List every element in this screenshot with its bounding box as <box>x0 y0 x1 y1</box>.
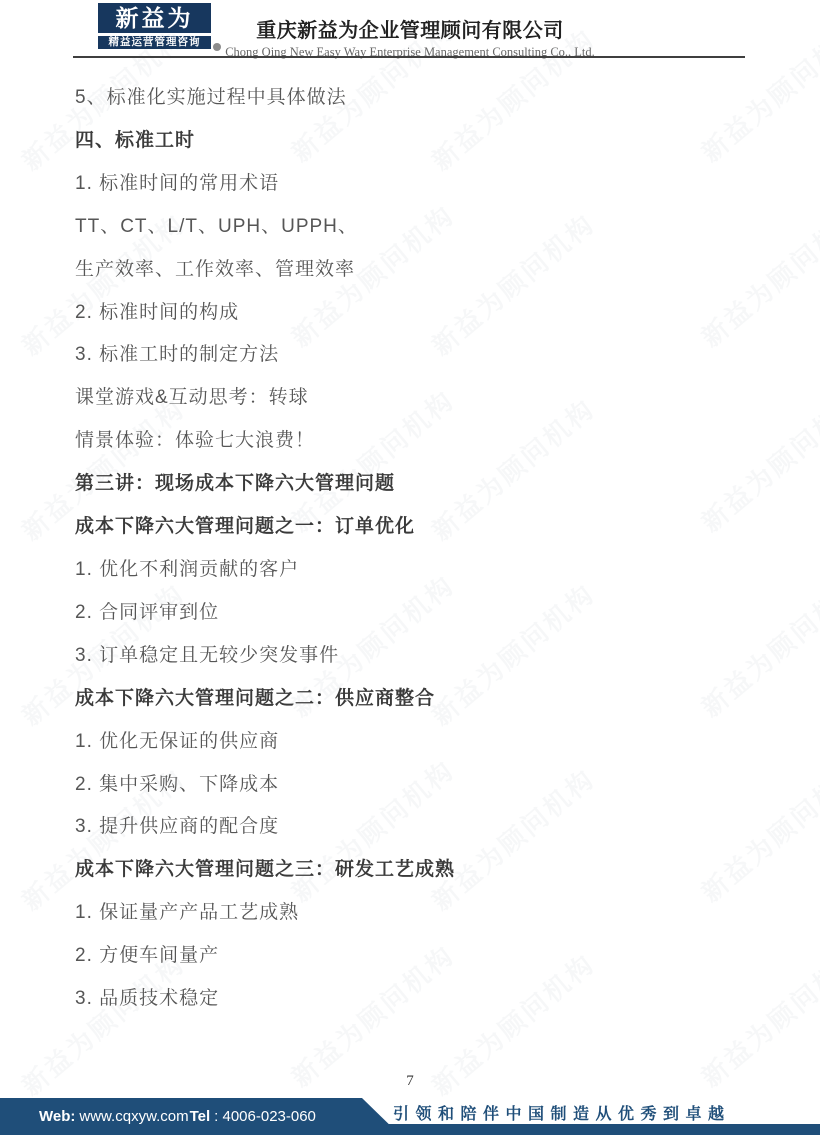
outline-line: 第三讲：现场成本下降六大管理问题 <box>75 463 780 506</box>
logo-sub-text: 精益运营管理咨询 <box>98 36 211 49</box>
outline-line: 成本下降六大管理问题之二：供应商整合 <box>75 678 780 721</box>
outline-line: 1. 优化不利润贡献的客户 <box>75 549 780 592</box>
header-divider <box>73 56 745 58</box>
document-body: 5、标准化实施过程中具体做法 四、标准工时 1. 标准时间的常用术语 TT、CT… <box>75 77 780 1021</box>
outline-line: 1. 保证量产产品工艺成熟 <box>75 892 780 935</box>
outline-line: TT、CT、L/T、UPH、UPPH、 <box>75 206 780 249</box>
outline-line: 3. 品质技术稳定 <box>75 978 780 1021</box>
tel-label: Tel <box>190 1108 211 1125</box>
outline-line: 生产效率、工作效率、管理效率 <box>75 249 780 292</box>
logo-main-text: 新益为 <box>98 3 211 34</box>
footer-accent-bar <box>370 1124 820 1135</box>
footer-contact-band: Web:www.cqxyw.comTel: 4006-023-060 <box>0 1098 400 1135</box>
outline-line: 1. 标准时间的常用术语 <box>75 163 780 206</box>
outline-line: 成本下降六大管理问题之三：研发工艺成熟 <box>75 849 780 892</box>
web-label: Web: <box>39 1108 75 1125</box>
outline-line: 2. 合同评审到位 <box>75 592 780 635</box>
page-number: 7 <box>0 1073 820 1090</box>
outline-line: 四、标准工时 <box>75 120 780 163</box>
web-url: www.cqxyw.com <box>79 1108 188 1125</box>
outline-line: 课堂游戏&互动思考：转球 <box>75 377 780 420</box>
outline-line: 3. 提升供应商的配合度 <box>75 806 780 849</box>
outline-line: 3. 订单稳定且无较少突发事件 <box>75 635 780 678</box>
outline-line: 1. 优化无保证的供应商 <box>75 721 780 764</box>
company-logo: 新益为 精益运营管理咨询 <box>98 3 211 49</box>
company-name-cn: 重庆新益为企业管理顾问有限公司 <box>210 14 610 43</box>
company-title-block: 重庆新益为企业管理顾问有限公司 Chong Qing New Easy Way … <box>210 14 610 60</box>
outline-line: 情景体验：体验七大浪费！ <box>75 420 780 463</box>
document-page: 新益为顾问机构 新益为顾问机构 新益为顾问机构 新益为顾问机构 新益为顾问机构 … <box>0 0 820 1135</box>
outline-line: 5、标准化实施过程中具体做法 <box>75 77 780 120</box>
outline-line: 2. 标准时间的构成 <box>75 292 780 335</box>
footer-slogan: 引领和陪伴中国制造从优秀到卓越 <box>393 1101 731 1124</box>
outline-line: 3. 标准工时的制定方法 <box>75 334 780 377</box>
outline-line: 2. 集中采购、下降成本 <box>75 764 780 807</box>
outline-line: 成本下降六大管理问题之一：订单优化 <box>75 506 780 549</box>
outline-line: 2. 方便车间量产 <box>75 935 780 978</box>
tel-number: : 4006-023-060 <box>214 1108 316 1125</box>
